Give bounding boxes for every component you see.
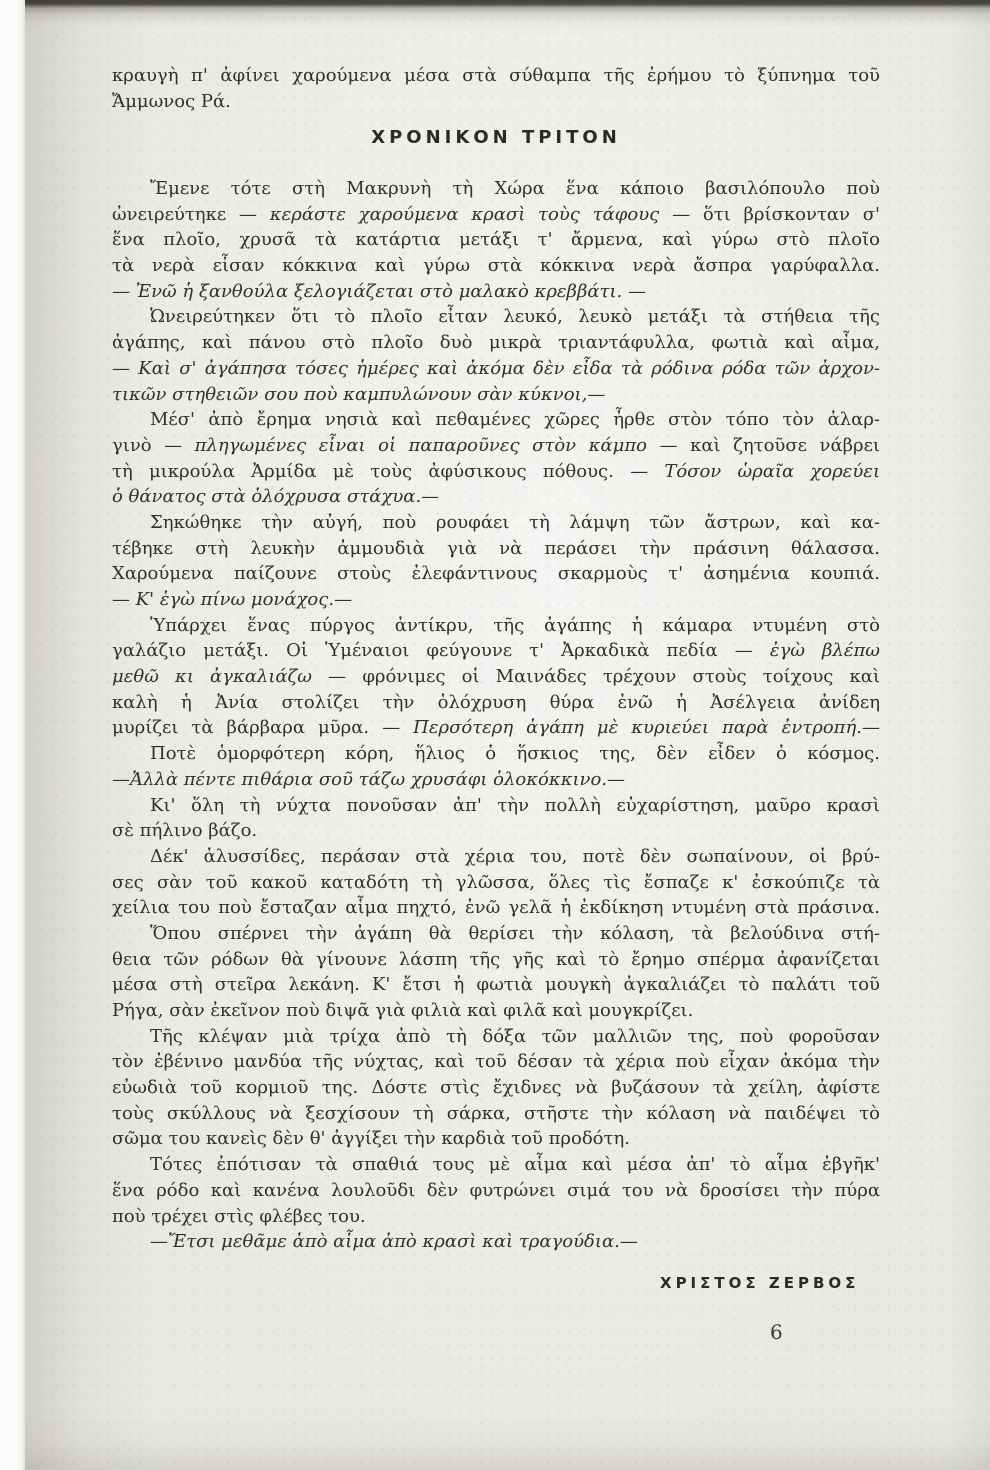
text-run: μεθῶ κι ἀγκαλιάζω	[112, 666, 312, 687]
text-run: Σηκώθηκε τὴν αὐγή, ποὺ ρουφάει τὴ λάμψη …	[150, 512, 880, 533]
text-run: Ὅπου σπέρνει τὴν ἀγάπη θὰ θερίσει τὴν κό…	[150, 923, 880, 944]
author-signature: ΧΡΙΣΤΟΣ ΖΕΡΒΟΣ	[660, 1274, 859, 1292]
text-run: ἀγάπης, καὶ πάνου στὸ πλοῖο δυὸ μικρὰ τρ…	[112, 332, 880, 353]
text-run: εὐωδιὰ τοῦ κορμιοῦ της. Δόστε στὶς ἔχιδν…	[112, 1077, 880, 1098]
scanner-margin	[0, 0, 25, 1470]
text-line: —Ἔτσι μεθᾶμε ἀπὸ αἷμα ἀπὸ κρασὶ καὶ τραγ…	[112, 1229, 880, 1255]
page-number: 6	[770, 1320, 783, 1344]
text-run: ὁ θάνατος στὰ ὁλόχρυσα στάχυα.—	[112, 486, 439, 507]
text-run: ἐγὼ βλέπω	[770, 640, 880, 661]
text-line: ὁ θάνατος στὰ ὁλόχρυσα στάχυα.—	[112, 484, 880, 510]
text-run: σες σὰν τοῦ κακοῦ καταδότη τὴ γλῶσσα, ὅλ…	[112, 872, 880, 893]
text-line: μυρίζει τὰ βάρβαρα μῦρα. — Περσότερη ἀγά…	[112, 715, 880, 741]
text-run: τικῶν στηθειῶν σου ποὺ καμπυλώνουν σὰν κ…	[112, 384, 605, 405]
text-run: Τόσον ὡραῖα χορεύει	[664, 461, 880, 482]
text-run: θεια τῶν ρόδων θὰ γίνουνε λάσπη τῆς γῆς …	[112, 949, 880, 970]
text-line: Ἔμενε τότε στὴ Μακρυνὴ τὴ Χώρα ἕνα κάποι…	[112, 176, 880, 202]
text-run: Δέκ' ἁλυσσίδες, περάσαν στὰ χέρια του, π…	[150, 846, 880, 867]
body-text: Ἔμενε τότε στὴ Μακρυνὴ τὴ Χώρα ἕνα κάποι…	[112, 176, 880, 1255]
text-run: Περσότερη ἀγάπη μὲ κυριεύει παρὰ ἐντροπή…	[413, 717, 880, 738]
text-run: — Καὶ σ' ἀγάπησα τόσες ἡμέρες καὶ ἀκόμα …	[112, 358, 880, 379]
text-line: χείλια του ποὺ ἔσταζαν αἷμα πηχτό, ἐνῶ γ…	[112, 895, 880, 921]
chapter-heading: ΧΡΟΝΙΚΟΝ ΤΡΙΤΟΝ	[112, 127, 880, 148]
text-run: —Ἀλλὰ πέντε πιθάρια σοῦ τάζω χρυσάφι ὁλο…	[112, 769, 625, 790]
text-run: — Κ' ἐγὼ πίνω μονάχος.—	[112, 589, 352, 610]
text-line: μεθῶ κι ἀγκαλιάζω — φρόνιμες οἱ Μαινάδες…	[112, 664, 880, 690]
text-line: τὰ νερὰ εἶσαν κόκκινα καὶ γύρω στὰ κόκκι…	[112, 253, 880, 279]
text-run: τὴ μικρούλα Ἀρμίδα μὲ τοὺς ἀφύσικους πόθ…	[112, 461, 664, 482]
text-line: Ὅπου σπέρνει τὴν ἀγάπη θὰ θερίσει τὴν κό…	[112, 921, 880, 947]
text-run: γινὸ —	[112, 435, 195, 456]
text-run: — φρόνιμες οἱ Μαινάδες τρέχουν στοὺς τοί…	[312, 666, 880, 687]
text-line: γινὸ — πληγωμένες εἶναι οἱ παπαροῦνες στ…	[112, 433, 880, 459]
text-line: εὐωδιὰ τοῦ κορμιοῦ της. Δόστε στὶς ἔχιδν…	[112, 1075, 880, 1101]
text-line: θεια τῶν ρόδων θὰ γίνουνε λάσπη τῆς γῆς …	[112, 947, 880, 973]
text-line: Κι' ὅλη τὴ νύχτα πονοῦσαν ἀπ' τὴν πολλὴ …	[112, 793, 880, 819]
text-run: Μέσ' ἀπὸ ἔρημα νησιὰ καὶ πεθαμένες χῶρες…	[150, 409, 880, 430]
text-line: τοὺς σκύλλους νὰ ξεσχίσουν τὴ σάρκα, στῆ…	[112, 1101, 880, 1127]
text-line: Δέκ' ἁλυσσίδες, περάσαν στὰ χέρια του, π…	[112, 844, 880, 870]
text-line: — Ἐνῶ ἡ ξανθούλα ξελογιάζεται στὸ μαλακὸ…	[112, 279, 880, 305]
text-run: μέσα στὴ στεῖρα λεκάνη. Κ' ἔτσι ἡ φωτιὰ …	[112, 974, 880, 995]
text-run: τὸν ἐβένινο μανδύα τῆς νύχτας, καὶ τοῦ δ…	[112, 1051, 880, 1072]
text-run: Ποτὲ ὁμορφότερη κόρη, ἥλιος ὁ ἥσκιος της…	[150, 743, 880, 764]
text-run: — καὶ ζητοῦσε νάβρει	[647, 435, 880, 456]
text-run: — Ἐνῶ ἡ ξανθούλα ξελογιάζεται στὸ μαλακὸ…	[112, 281, 646, 302]
text-line: μέσα στὴ στεῖρα λεκάνη. Κ' ἔτσι ἡ φωτιὰ …	[112, 972, 880, 998]
text-line: Μέσ' ἀπὸ ἔρημα νησιὰ καὶ πεθαμένες χῶρες…	[112, 407, 880, 433]
text-line: Ὠνειρεύτηκεν ὅτι τὸ πλοῖο εἶταν λευκό, λ…	[112, 304, 880, 330]
text-line: ἕνα πλοῖο, χρυσᾶ τὰ κατάρτια μετάξι τ' ἄ…	[112, 227, 880, 253]
text-line: καλὴ ἡ Ἀνία στολίζει τὴν ὁλόχρυση θύρα ἐ…	[112, 690, 880, 716]
text-line: Ποτὲ ὁμορφότερη κόρη, ἥλιος ὁ ἥσκιος της…	[112, 741, 880, 767]
text-line: τὸν ἐβένινο μανδύα τῆς νύχτας, καὶ τοῦ δ…	[112, 1049, 880, 1075]
text-run: ἕνα πλοῖο, χρυσᾶ τὰ κατάρτια μετάξι τ' ἄ…	[112, 229, 880, 250]
text-line: — Καὶ σ' ἀγάπησα τόσες ἡμέρες καὶ ἀκόμα …	[112, 356, 880, 382]
text-line: ποὺ τρέχει στὶς φλέβες του.	[112, 1204, 880, 1230]
text-line: τὴ μικρούλα Ἀρμίδα μὲ τοὺς ἀφύσικους πόθ…	[112, 459, 880, 485]
text-run: ποὺ τρέχει στὶς φλέβες του.	[112, 1206, 366, 1227]
text-line: Ρήγα, σὰν ἐκεῖνον ποὺ διψᾶ γιὰ φιλιὰ καὶ…	[112, 998, 880, 1024]
text-line: τικῶν στηθειῶν σου ποὺ καμπυλώνουν σὰν κ…	[112, 382, 880, 408]
text-run: καλὴ ἡ Ἀνία στολίζει τὴν ὁλόχρυση θύρα ἐ…	[112, 692, 880, 713]
text-run: τὰ νερὰ εἶσαν κόκκινα καὶ γύρω στὰ κόκκι…	[112, 255, 880, 276]
text-line: γαλάζιο μετάξι. Οἱ Ὑμέναιοι φεύγουνε τ' …	[112, 638, 880, 664]
page-edge-shadow	[25, 0, 990, 28]
text-line: Ὑπάρχει ἕνας πύργος ἀντίκρυ, τῆς ἀγάπης …	[112, 613, 880, 639]
text-run: Τότες ἐπότισαν τὰ σπαθιά τους μὲ αἷμα κα…	[150, 1154, 880, 1175]
text-line: Τῆς κλέψαν μιὰ τρίχα ἀπὸ τὴ δόξα τῶν μαλ…	[112, 1024, 880, 1050]
text-run: Χαρούμενα παίζουνε στοὺς ἐλεφάντινους σκ…	[112, 563, 880, 584]
text-run: τέβηκε στὴ λευκὴν ἀμμουδιὰ γιὰ νὰ περάσε…	[112, 538, 880, 559]
text-run: Ἄμμωνος Ρά.	[112, 91, 231, 112]
text-line: ἀγάπης, καὶ πάνου στὸ πλοῖο δυὸ μικρὰ τρ…	[112, 330, 880, 356]
text-line: Ἄμμωνος Ρά.	[112, 89, 880, 115]
text-line: σὲ πήλινο βάζο.	[112, 818, 880, 844]
text-run: —Ἔτσι μεθᾶμε ἀπὸ αἷμα ἀπὸ κρασὶ καὶ τραγ…	[150, 1231, 638, 1252]
text-run: Ὠνειρεύτηκεν ὅτι τὸ πλοῖο εἶταν λευκό, λ…	[150, 306, 880, 327]
text-run: κεράστε χαρούμενα κρασὶ τοὺς τάφους	[270, 204, 659, 225]
text-line: σες σὰν τοῦ κακοῦ καταδότη τὴ γλῶσσα, ὅλ…	[112, 870, 880, 896]
text-run: γαλάζιο μετάξι. Οἱ Ὑμέναιοι φεύγουνε τ' …	[112, 640, 770, 661]
text-run: μυρίζει τὰ βάρβαρα μῦρα. —	[112, 717, 413, 738]
text-run: τοὺς σκύλλους νὰ ξεσχίσουν τὴ σάρκα, στῆ…	[112, 1103, 880, 1124]
text-run: Ρήγα, σὰν ἐκεῖνον ποὺ διψᾶ γιὰ φιλιὰ καὶ…	[112, 1000, 693, 1021]
text-line: — Κ' ἐγὼ πίνω μονάχος.—	[112, 587, 880, 613]
text-line: κραυγὴ π' ἀφίνει χαρούμενα μέσα στὰ σύθα…	[112, 63, 880, 89]
text-run: ὠνειρεύτηκε —	[112, 204, 270, 225]
text-run: Ἔμενε τότε στὴ Μακρυνὴ τὴ Χώρα ἕνα κάποι…	[150, 178, 880, 199]
text-run: χείλια του ποὺ ἔσταζαν αἷμα πηχτό, ἐνῶ γ…	[112, 897, 880, 918]
text-line: Χαρούμενα παίζουνε στοὺς ἐλεφάντινους σκ…	[112, 561, 880, 587]
text-line: Σηκώθηκε τὴν αὐγή, ποὺ ρουφάει τὴ λάμψη …	[112, 510, 880, 536]
text-run: πληγωμένες εἶναι οἱ παπαροῦνες στὸν κάμπ…	[195, 435, 647, 456]
text-line: ὠνειρεύτηκε — κεράστε χαρούμενα κρασὶ το…	[112, 202, 880, 228]
text-run: σὲ πήλινο βάζο.	[112, 820, 257, 841]
text-run: κραυγὴ π' ἀφίνει χαρούμενα μέσα στὰ σύθα…	[112, 65, 880, 86]
text-run: Τῆς κλέψαν μιὰ τρίχα ἀπὸ τὴ δόξα τῶν μαλ…	[150, 1026, 880, 1047]
text-line: Τότες ἐπότισαν τὰ σπαθιά τους μὲ αἷμα κα…	[112, 1152, 880, 1178]
text-line: ἕνα ρόδο καὶ κανένα λουλοῦδι δὲν φυτρώνε…	[112, 1178, 880, 1204]
text-run: — ὅτι βρίσκονταν σ'	[659, 204, 880, 225]
text-line: —Ἀλλὰ πέντε πιθάρια σοῦ τάζω χρυσάφι ὁλο…	[112, 767, 880, 793]
text-line: σῶμα του κανεὶς δὲν θ' ἀγγίξει τὴν καρδι…	[112, 1126, 880, 1152]
text-run: σῶμα του κανεὶς δὲν θ' ἀγγίξει τὴν καρδι…	[112, 1128, 630, 1149]
text-run: Ὑπάρχει ἕνας πύργος ἀντίκρυ, τῆς ἀγάπης …	[150, 615, 880, 636]
text-line: τέβηκε στὴ λευκὴν ἀμμουδιὰ γιὰ νὰ περάσε…	[112, 536, 880, 562]
text-run: Κι' ὅλη τὴ νύχτα πονοῦσαν ἀπ' τὴν πολλὴ …	[150, 795, 880, 816]
text-run: ἕνα ρόδο καὶ κανένα λουλοῦδι δὲν φυτρώνε…	[112, 1180, 880, 1201]
intro-paragraph: κραυγὴ π' ἀφίνει χαρούμενα μέσα στὰ σύθα…	[112, 63, 880, 114]
